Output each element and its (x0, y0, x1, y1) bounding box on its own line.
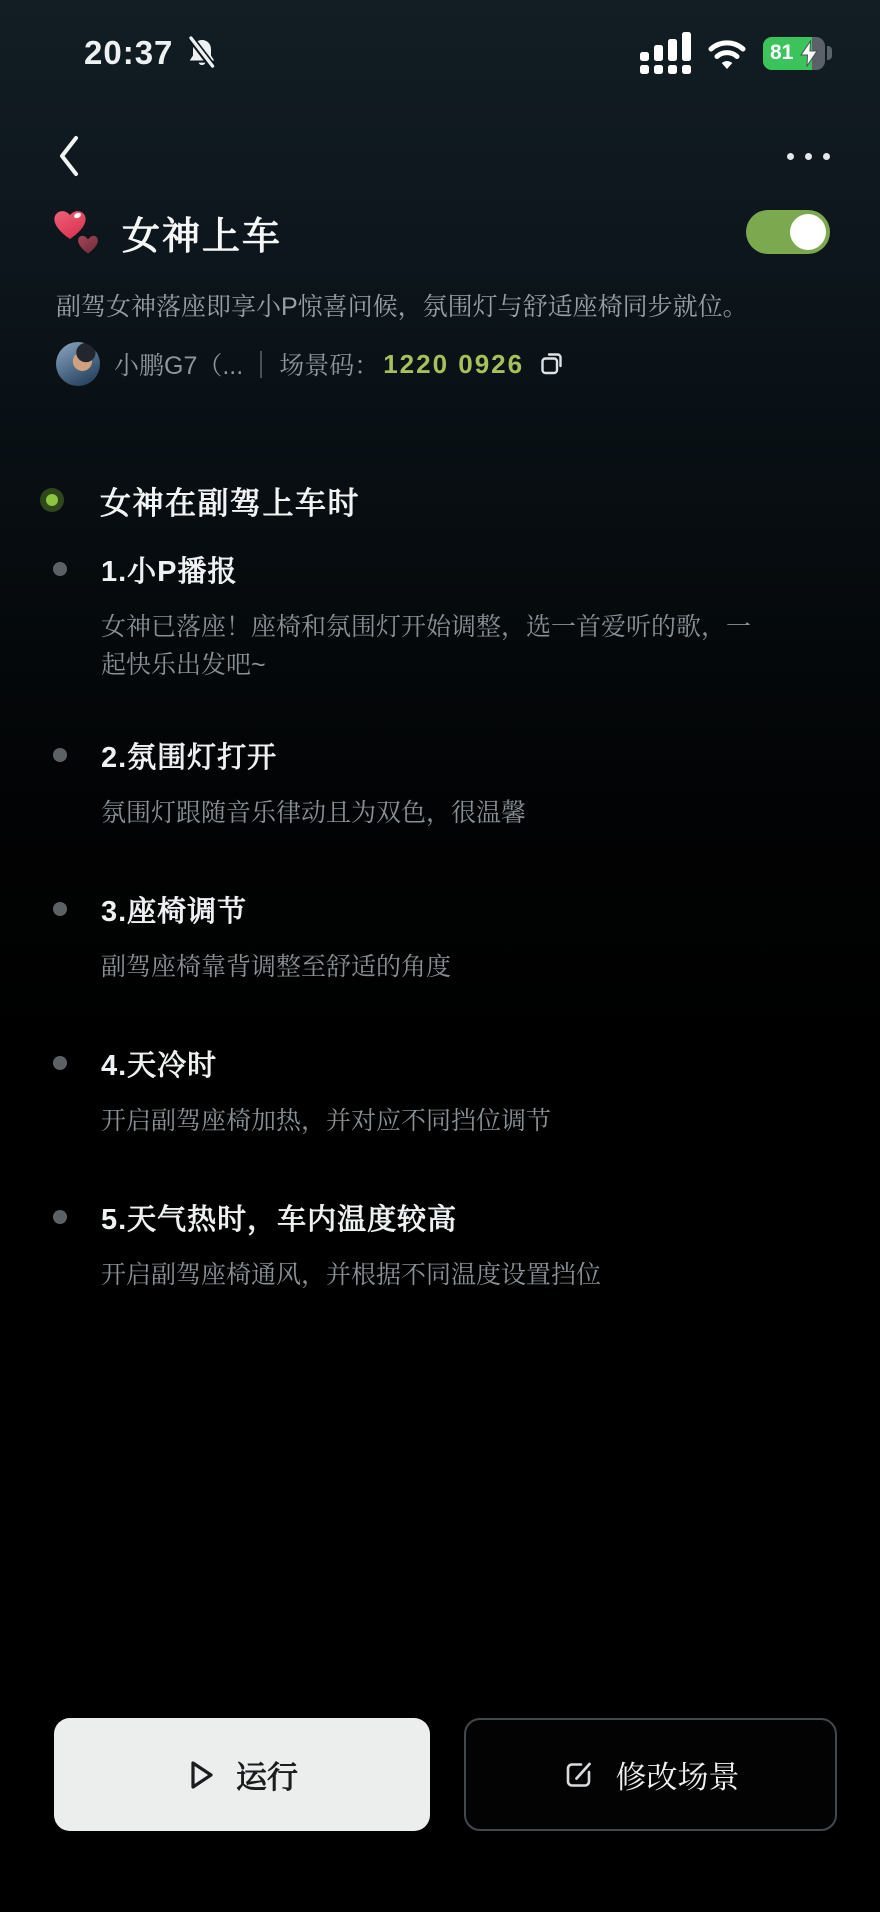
action-detail: 女神已落座！座椅和氛围灯开始调整，选一首爱听的歌，一起快乐出发吧~ (101, 608, 762, 684)
nav-bar (0, 132, 880, 180)
action-bullet-icon (53, 1056, 67, 1070)
action-item: 4.天冷时 开启副驾座椅加热，并对应不同挡位调节 (0, 1048, 880, 1140)
run-button-label: 运行 (236, 1752, 298, 1797)
action-detail: 氛围灯跟随音乐律动且为双色，很温馨 (101, 794, 762, 832)
scene-code-label: 场景码： (279, 346, 379, 382)
action-bullet-icon (53, 902, 67, 916)
action-item: 2.氛围灯打开 氛围灯跟随音乐律动且为双色，很温馨 (0, 740, 880, 832)
more-menu-button[interactable] (787, 147, 830, 166)
edit-square-icon (562, 1758, 596, 1792)
battery-percent: 81 (770, 41, 793, 65)
action-title: 2.氛围灯打开 (101, 735, 277, 776)
author-avatar (56, 342, 100, 386)
scene-enabled-toggle[interactable] (746, 210, 830, 254)
action-detail: 开启副驾座椅加热，并对应不同挡位调节 (101, 1102, 762, 1140)
action-bullet-icon (53, 1210, 67, 1224)
scene-title-row: 女神上车 (0, 206, 880, 258)
trigger-title: 女神在副驾上车时 (100, 478, 360, 523)
mute-bell-icon (187, 36, 217, 70)
scene-title: 女神上车 (122, 205, 746, 260)
two-hearts-icon (52, 207, 104, 257)
scene-description: 副驾女神落座即享小P惊喜问候，氛围灯与舒适座椅同步就位。 (0, 288, 880, 326)
action-item: 5.天气热时，车内温度较高 开启副驾座椅通风，并根据不同温度设置挡位 (0, 1202, 880, 1294)
clock: 20:37 (84, 34, 173, 72)
status-bar: 20:37 (0, 0, 880, 76)
toggle-knob (790, 214, 826, 250)
action-item: 3.座椅调节 副驾座椅靠背调整至舒适的角度 (0, 894, 880, 986)
action-detail: 开启副驾座椅通风，并根据不同温度设置挡位 (101, 1256, 762, 1294)
scene-code-value: 1220 0926 (383, 349, 524, 380)
action-detail: 副驾座椅靠背调整至舒适的角度 (101, 948, 762, 986)
action-bullet-icon (53, 748, 67, 762)
action-list: 1.小P播报 女神已落座！座椅和氛围灯开始调整，选一首爱听的歌，一起快乐出发吧~… (0, 554, 880, 1294)
divider (260, 351, 262, 378)
edit-scene-button[interactable]: 修改场景 (464, 1718, 837, 1831)
author-name: 小鹏G7（... (114, 346, 243, 382)
author-row: 小鹏G7（... 场景码： 1220 0926 (0, 342, 880, 386)
action-title: 3.座椅调节 (101, 889, 247, 930)
scene-detail-screen: 20:37 (0, 0, 880, 1912)
trigger-row: 女神在副驾上车时 (0, 484, 880, 516)
back-button[interactable] (56, 133, 84, 179)
action-title: 4.天冷时 (101, 1043, 217, 1084)
action-title: 5.天气热时，车内温度较高 (101, 1197, 457, 1238)
signal-icon (640, 32, 691, 74)
copy-icon[interactable] (539, 351, 565, 377)
edit-scene-button-label: 修改场景 (616, 1752, 740, 1797)
battery-charging-icon: 81 (763, 37, 832, 70)
action-item: 1.小P播报 女神已落座！座椅和氛围灯开始调整，选一首爱听的歌，一起快乐出发吧~ (0, 554, 880, 684)
footer-actions: 运行 修改场景 (0, 1718, 880, 1831)
wifi-icon (706, 36, 748, 70)
run-button[interactable]: 运行 (54, 1718, 430, 1831)
trigger-bullet-icon (40, 488, 64, 512)
action-title: 1.小P播报 (101, 549, 238, 590)
action-bullet-icon (53, 562, 67, 576)
play-icon (186, 1758, 216, 1792)
